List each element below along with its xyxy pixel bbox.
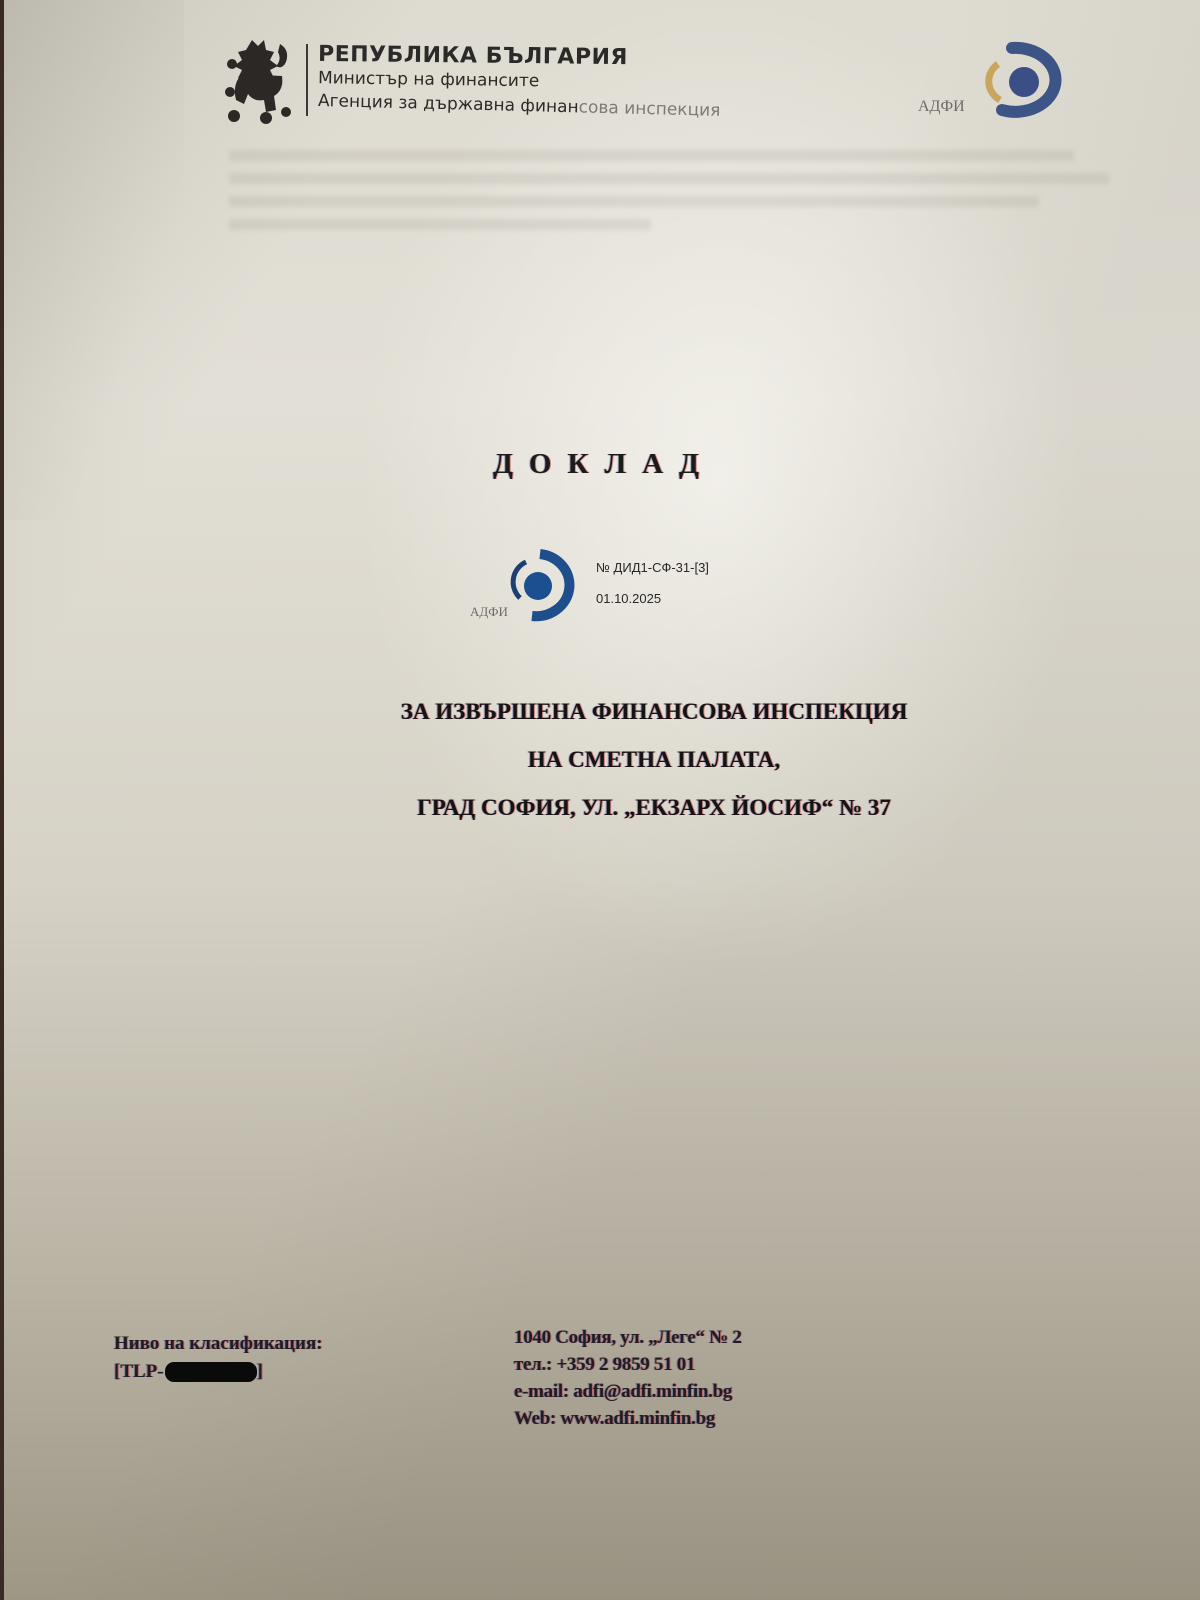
registration-stamp: АДФИ № ДИД1-СФ-31-[3] 01.10.2025 — [470, 548, 709, 622]
phone: тел.: +359 2 9859 51 01 — [514, 1351, 742, 1378]
subject-line: ГРАД СОФИЯ, УЛ. „ЕКЗАРХ ЙОСИФ“ № 37 — [334, 784, 974, 832]
show-through-text — [229, 150, 1109, 242]
address: 1040 София, ул. „Леге“ № 2 — [514, 1324, 742, 1351]
email: e-mail: adfi@adfi.minfin.bg — [514, 1378, 742, 1405]
registration-number: № ДИД1-СФ-31-[3] — [596, 560, 709, 575]
website: Web: www.adfi.minfin.bg — [514, 1405, 742, 1432]
classification-label: Ниво на класификация: — [114, 1330, 323, 1358]
adfi-logo: АДФИ — [924, 24, 1084, 124]
subject-line: ЗА ИЗВЪРШЕНА ФИНАНСОВА ИНСПЕКЦИЯ — [334, 688, 974, 736]
letterhead: РЕПУБЛИКА БЪЛГАРИЯ Министър на финансите… — [222, 34, 721, 126]
adfi-logo-caption: АДФИ — [918, 98, 965, 116]
svg-text:АДФИ: АДФИ — [470, 604, 508, 619]
document-subject: ЗА ИЗВЪРШЕНА ФИНАНСОВА ИНСПЕКЦИЯ НА СМЕТ… — [334, 688, 974, 832]
coat-of-arms-lion-icon — [222, 34, 298, 126]
registration-date: 01.10.2025 — [596, 591, 709, 606]
adfi-stamp-logo-icon: АДФИ — [470, 548, 590, 622]
letterhead-divider — [306, 44, 308, 116]
republic-name: РЕПУБЛИКА БЪЛГАРИЯ — [318, 42, 721, 71]
ministry-name: Министър на финансите — [318, 68, 721, 94]
classification-value: [TLP- ] — [114, 1358, 323, 1386]
document-page: РЕПУБЛИКА БЪЛГАРИЯ Министър на финансите… — [4, 0, 1200, 1600]
redaction-mark — [165, 1362, 257, 1382]
classification-block: Ниво на класификация: [TLP- ] — [114, 1330, 323, 1386]
document-title: ДОКЛАД — [4, 448, 1200, 481]
contact-block: 1040 София, ул. „Леге“ № 2 тел.: +359 2 … — [514, 1324, 742, 1432]
subject-line: НА СМЕТНА ПАЛАТА, — [334, 736, 974, 784]
agency-name: Агенция за държавна финансова инспекция — [318, 91, 721, 121]
